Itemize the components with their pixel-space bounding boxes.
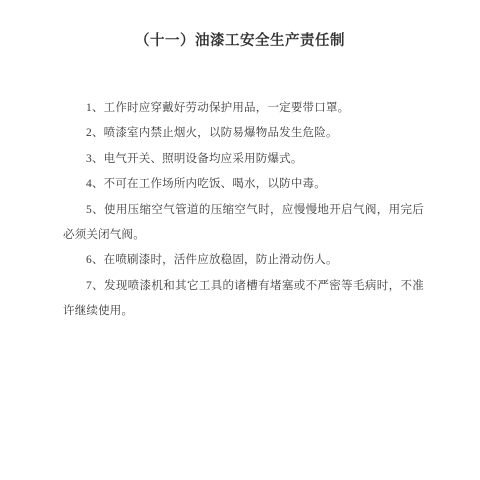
paragraph-7: 7、发现喷漆机和其它工具的诸槽有堵塞或不严密等毛病时，不准许继续使用。: [63, 274, 424, 325]
paragraph-6: 6、在喷刷漆时，活件应放稳固，防止滑动伤人。: [63, 248, 424, 273]
document-title: （十一）油漆工安全生产责任制: [0, 0, 480, 50]
document-body: 1、工作时应穿戴好劳动保护用品，一定要带口罩。 2、喷漆室内禁止烟火，以防易爆物…: [63, 96, 424, 325]
paragraph-5: 5、使用压缩空气管道的压缩空气时，应慢慢地开启气阀，用完后必须关闭气阀。: [63, 198, 424, 249]
document-page: （十一）油漆工安全生产责任制 1、工作时应穿戴好劳动保护用品，一定要带口罩。 2…: [0, 0, 480, 480]
paragraph-3: 3、电气开关、照明设备均应采用防爆式。: [63, 147, 424, 172]
paragraph-4: 4、不可在工作场所内吃饭、喝水，以防中毒。: [63, 172, 424, 197]
paragraph-1: 1、工作时应穿戴好劳动保护用品，一定要带口罩。: [63, 96, 424, 121]
paragraph-2: 2、喷漆室内禁止烟火，以防易爆物品发生危险。: [63, 121, 424, 146]
